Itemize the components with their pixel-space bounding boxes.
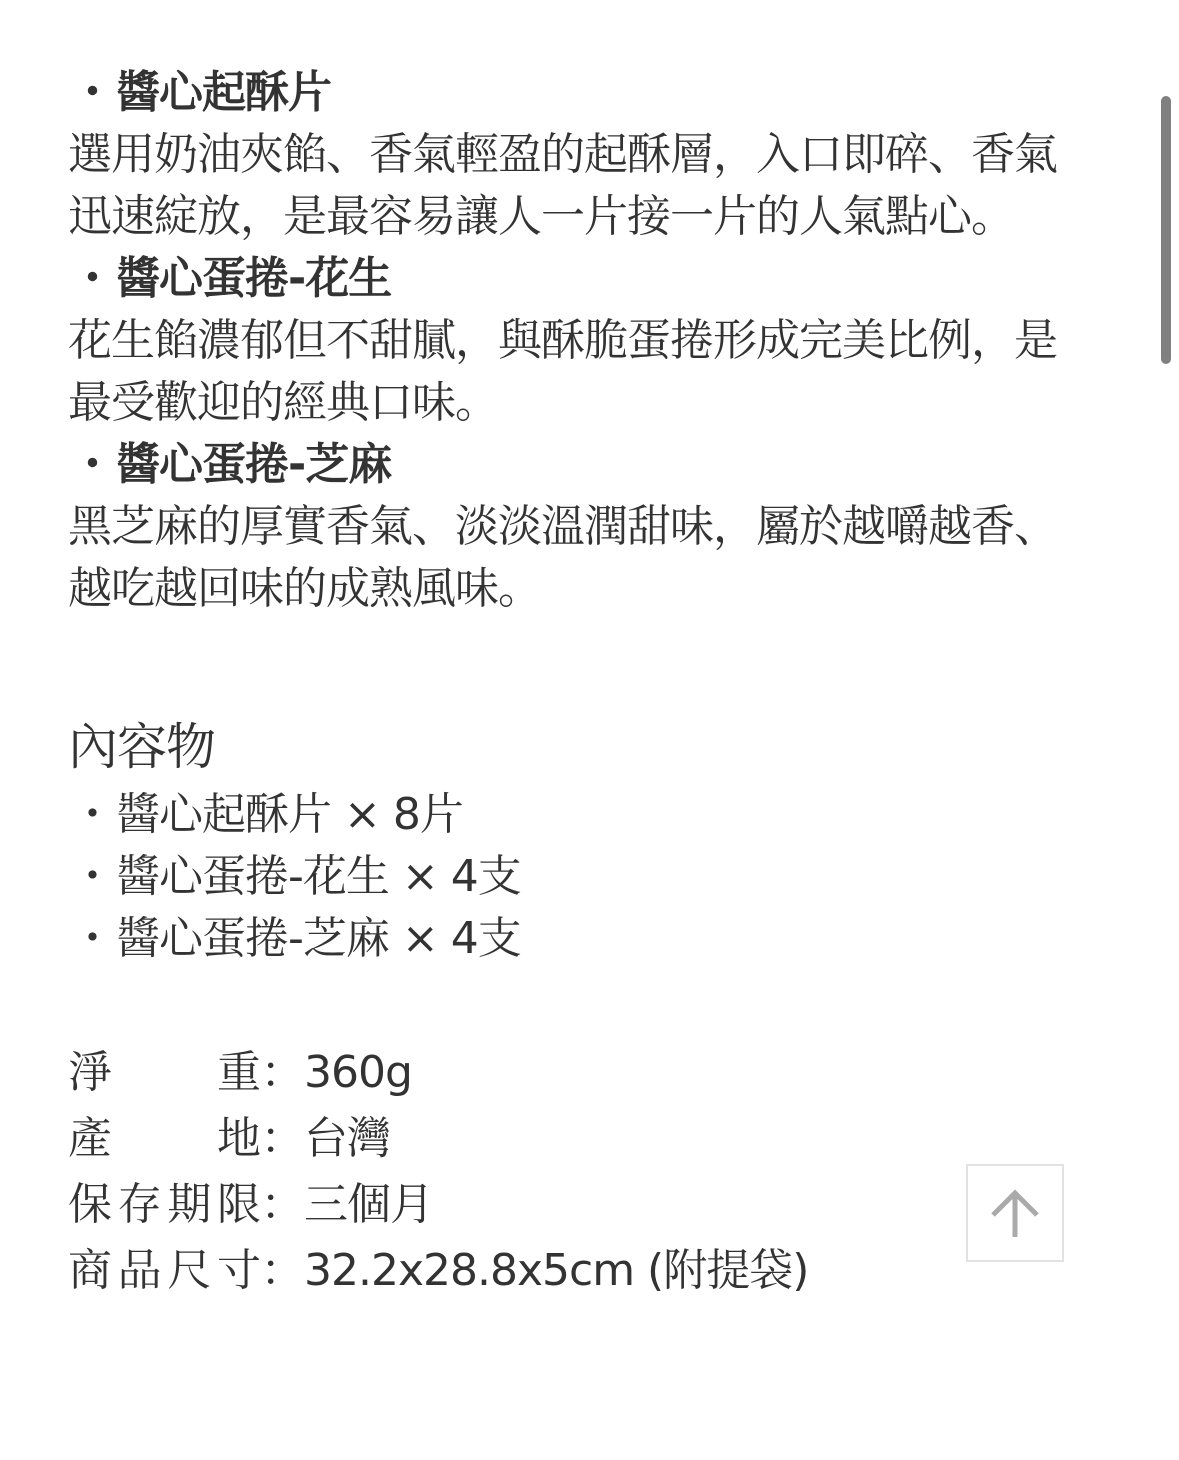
contents-list-item: ・醬心蛋捲-芝麻 × 4支 bbox=[68, 908, 1088, 970]
spec-row-origin: 產 地 ： 台灣 bbox=[68, 1106, 1088, 1172]
contents-item-text: 醬心蛋捲-花生 × 4支 bbox=[116, 851, 521, 902]
product-title: ・醬心蛋捲-芝麻 bbox=[68, 434, 1088, 496]
product-title: ・醬心蛋捲-花生 bbox=[68, 248, 1088, 310]
label-char: 產 bbox=[68, 1106, 111, 1172]
spec-row-net-weight: 淨 重 ： 360g bbox=[68, 1040, 1088, 1106]
spec-value: 台灣 bbox=[304, 1106, 390, 1172]
label-char: 寸 bbox=[217, 1238, 260, 1304]
label-char: 品 bbox=[118, 1238, 161, 1304]
spec-colon: ： bbox=[260, 1238, 304, 1304]
scrollbar-thumb[interactable] bbox=[1161, 96, 1171, 364]
product-description: ・醬心起酥片 選用奶油夾餡、香氣輕盈的起酥層，入口即碎、香氣迅速綻放，是最容易讓… bbox=[68, 62, 1088, 1304]
label-char: 商 bbox=[68, 1238, 111, 1304]
product-desc: 選用奶油夾餡、香氣輕盈的起酥層，入口即碎、香氣迅速綻放，是最容易讓人一片接一片的… bbox=[68, 124, 1088, 248]
label-char: 期 bbox=[167, 1172, 210, 1238]
label-char: 地 bbox=[217, 1106, 260, 1172]
contents-item-text: 醬心蛋捲-芝麻 × 4支 bbox=[116, 913, 521, 964]
label-char: 存 bbox=[118, 1172, 161, 1238]
spec-row-shelf-life: 保 存 期 限 ： 三個月 bbox=[68, 1172, 1088, 1238]
product-item: ・醬心蛋捲-芝麻 黑芝麻的厚實香氣、淡淡溫潤甜味，屬於越嚼越香、越吃越回味的成熟… bbox=[68, 434, 1088, 620]
contents-item-text: 醬心起酥片 × 8片 bbox=[116, 789, 463, 840]
spec-colon: ： bbox=[260, 1040, 304, 1106]
bullet: ・ bbox=[68, 434, 116, 496]
spec-table: 淨 重 ： 360g 產 地 ： 台灣 保 存 期 限 ： 三個月 bbox=[68, 1040, 1088, 1304]
spec-label: 淨 重 bbox=[68, 1040, 260, 1106]
bullet: ・ bbox=[68, 784, 116, 846]
spec-label: 保 存 期 限 bbox=[68, 1172, 260, 1238]
back-to-top-button[interactable] bbox=[966, 1164, 1064, 1262]
product-desc: 黑芝麻的厚實香氣、淡淡溫潤甜味，屬於越嚼越香、越吃越回味的成熟風味。 bbox=[68, 496, 1088, 620]
spec-value: 三個月 bbox=[304, 1172, 433, 1238]
spec-label: 產 地 bbox=[68, 1106, 260, 1172]
product-item: ・醬心蛋捲-花生 花生餡濃郁但不甜膩，與酥脆蛋捲形成完美比例，是最受歡迎的經典口… bbox=[68, 248, 1088, 434]
label-char: 限 bbox=[217, 1172, 260, 1238]
spec-value: 32.2x28.8x5cm (附提袋) bbox=[304, 1238, 808, 1304]
bullet: ・ bbox=[68, 248, 116, 310]
spec-value: 360g bbox=[304, 1040, 412, 1106]
spec-row-dimensions: 商 品 尺 寸 ： 32.2x28.8x5cm (附提袋) bbox=[68, 1238, 1088, 1304]
label-char: 尺 bbox=[167, 1238, 210, 1304]
product-name: 醬心蛋捲-芝麻 bbox=[116, 439, 391, 490]
product-desc: 花生餡濃郁但不甜膩，與酥脆蛋捲形成完美比例，是最受歡迎的經典口味。 bbox=[68, 310, 1088, 434]
product-name: 醬心蛋捲-花生 bbox=[116, 253, 391, 304]
contents-list: ・醬心起酥片 × 8片 ・醬心蛋捲-花生 × 4支 ・醬心蛋捲-芝麻 × 4支 bbox=[68, 784, 1088, 970]
spacer bbox=[68, 620, 1088, 712]
bullet: ・ bbox=[68, 908, 116, 970]
contents-heading: 內容物 bbox=[68, 712, 1088, 782]
contents-list-item: ・醬心蛋捲-花生 × 4支 bbox=[68, 846, 1088, 908]
spacer bbox=[68, 970, 1088, 1040]
label-char: 淨 bbox=[68, 1040, 111, 1106]
product-item: ・醬心起酥片 選用奶油夾餡、香氣輕盈的起酥層，入口即碎、香氣迅速綻放，是最容易讓… bbox=[68, 62, 1088, 248]
product-name: 醬心起酥片 bbox=[116, 67, 331, 118]
arrow-up-icon bbox=[987, 1185, 1043, 1241]
label-char: 重 bbox=[217, 1040, 260, 1106]
spec-colon: ： bbox=[260, 1172, 304, 1238]
spec-colon: ： bbox=[260, 1106, 304, 1172]
product-title: ・醬心起酥片 bbox=[68, 62, 1088, 124]
bullet: ・ bbox=[68, 846, 116, 908]
bullet: ・ bbox=[68, 62, 116, 124]
contents-list-item: ・醬心起酥片 × 8片 bbox=[68, 784, 1088, 846]
spec-label: 商 品 尺 寸 bbox=[68, 1238, 260, 1304]
label-char: 保 bbox=[68, 1172, 111, 1238]
contents-section: 內容物 ・醬心起酥片 × 8片 ・醬心蛋捲-花生 × 4支 ・醬心蛋捲-芝麻 ×… bbox=[68, 712, 1088, 970]
